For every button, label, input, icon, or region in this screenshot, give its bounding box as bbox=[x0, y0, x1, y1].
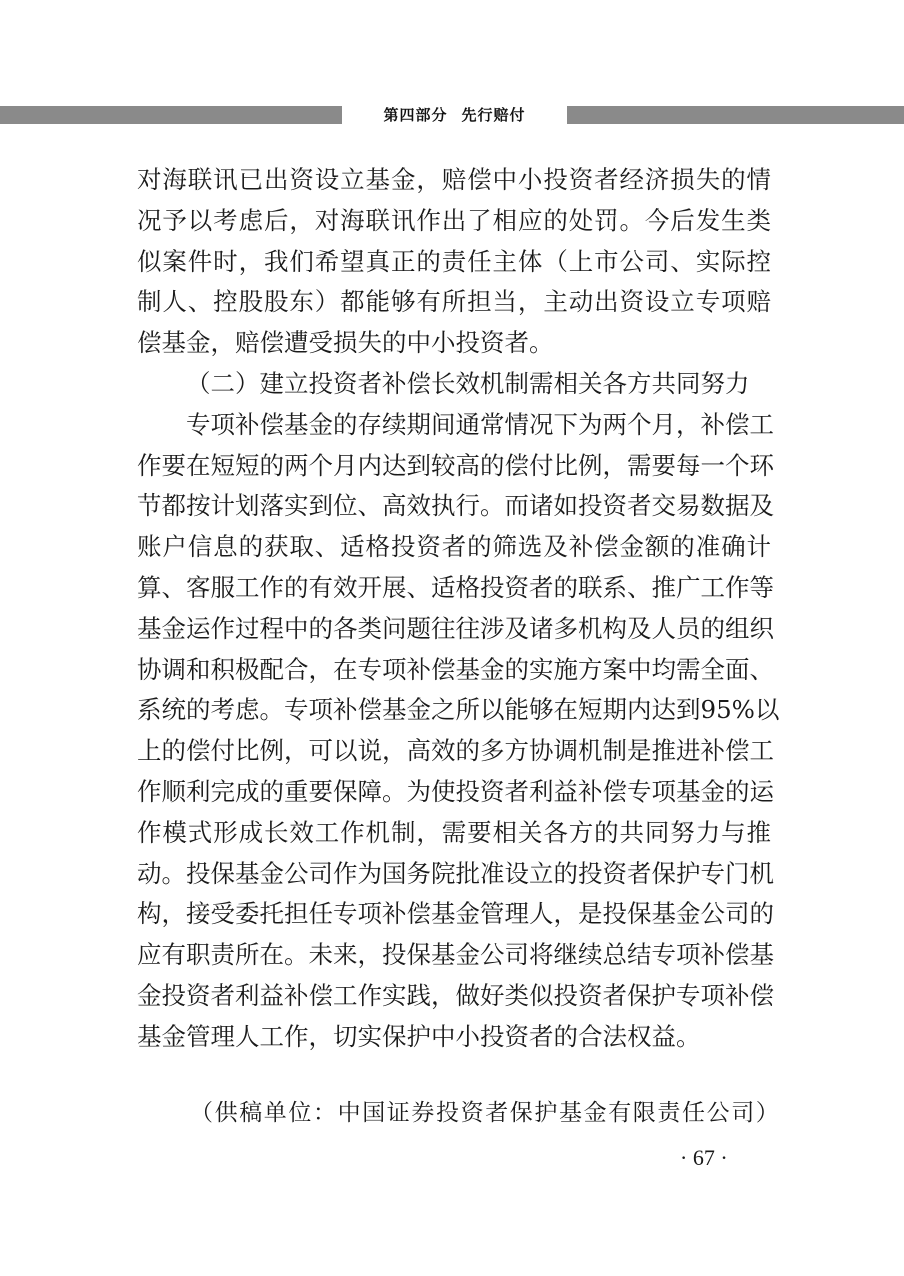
text-line: 应有职责所在。未来，投保基金公司将继续总结专项补偿基 bbox=[137, 935, 771, 976]
source-credit: （供稿单位：中国证券投资者保护基金有限责任公司） bbox=[190, 1093, 770, 1133]
text-line: 作模式形成长效工作机制，需要相关各方的共同努力与推 bbox=[137, 813, 771, 854]
running-header: 第四部分先行赔付 bbox=[0, 104, 904, 126]
text-line: 基金管理人工作，切实保护中小投资者的合法权益。 bbox=[137, 1017, 771, 1058]
text-line: 况予以考虑后，对海联讯作出了相应的处罚。今后发生类 bbox=[137, 201, 771, 242]
section-heading: （二）建立投资者补偿长效机制需相关各方共同努力 bbox=[137, 364, 771, 405]
text-line: 作要在短短的两个月内达到较高的偿付比例，需要每一个环 bbox=[137, 446, 771, 487]
header-section: 先行赔付 bbox=[462, 106, 526, 124]
text-line: 基金运作过程中的各类问题往往涉及诸多机构及人员的组织 bbox=[137, 609, 771, 650]
body-text: 对海联讯已出资设立基金，赔偿中小投资者经济损失的情 况予以考虑后，对海联讯作出了… bbox=[137, 160, 771, 1058]
text-line: 对海联讯已出资设立基金，赔偿中小投资者经济损失的情 bbox=[137, 160, 771, 201]
text-line: 系统的考虑。专项补偿基金之所以能够在短期内达到95%以 bbox=[137, 690, 771, 731]
header-rule-left bbox=[0, 106, 342, 124]
header-rule-right bbox=[567, 106, 904, 124]
text-line: 作顺利完成的重要保障。为使投资者利益补偿专项基金的运 bbox=[137, 772, 771, 813]
text-line: 账户信息的获取、适格投资者的筛选及补偿金额的准确计 bbox=[137, 527, 771, 568]
text-line: 构，接受委托担任专项补偿基金管理人，是投保基金公司的 bbox=[137, 894, 771, 935]
header-part: 第四部分 bbox=[383, 106, 447, 124]
text-line: 动。投保基金公司作为国务院批准设立的投资者保护专门机 bbox=[137, 854, 771, 895]
text-line: 专项补偿基金的存续期间通常情况下为两个月，补偿工 bbox=[137, 405, 771, 446]
text-line: 制人、控股股东）都能够有所担当，主动出资设立专项赔 bbox=[137, 282, 771, 323]
text-line: 上的偿付比例，可以说，高效的多方协调机制是推进补偿工 bbox=[137, 731, 771, 772]
text-line: 协调和积极配合，在专项补偿基金的实施方案中均需全面、 bbox=[137, 650, 771, 691]
text-line: 节都按计划落实到位、高效执行。而诸如投资者交易数据及 bbox=[137, 486, 771, 527]
page-number: · 67 · bbox=[680, 1138, 728, 1178]
paragraph-2: 专项补偿基金的存续期间通常情况下为两个月，补偿工 作要在短短的两个月内达到较高的… bbox=[137, 405, 771, 1058]
section-heading-text: （二）建立投资者补偿长效机制需相关各方共同努力 bbox=[137, 364, 771, 405]
paragraph-1: 对海联讯已出资设立基金，赔偿中小投资者经济损失的情 况予以考虑后，对海联讯作出了… bbox=[137, 160, 771, 364]
header-title: 第四部分先行赔付 bbox=[342, 104, 567, 126]
text-line: 似案件时，我们希望真正的责任主体（上市公司、实际控 bbox=[137, 242, 771, 283]
text-line: 算、客服工作的有效开展、适格投资者的联系、推广工作等 bbox=[137, 568, 771, 609]
text-line: 金投资者利益补偿工作实践，做好类似投资者保护专项补偿 bbox=[137, 976, 771, 1017]
text-line: 偿基金，赔偿遭受损失的中小投资者。 bbox=[137, 323, 771, 364]
